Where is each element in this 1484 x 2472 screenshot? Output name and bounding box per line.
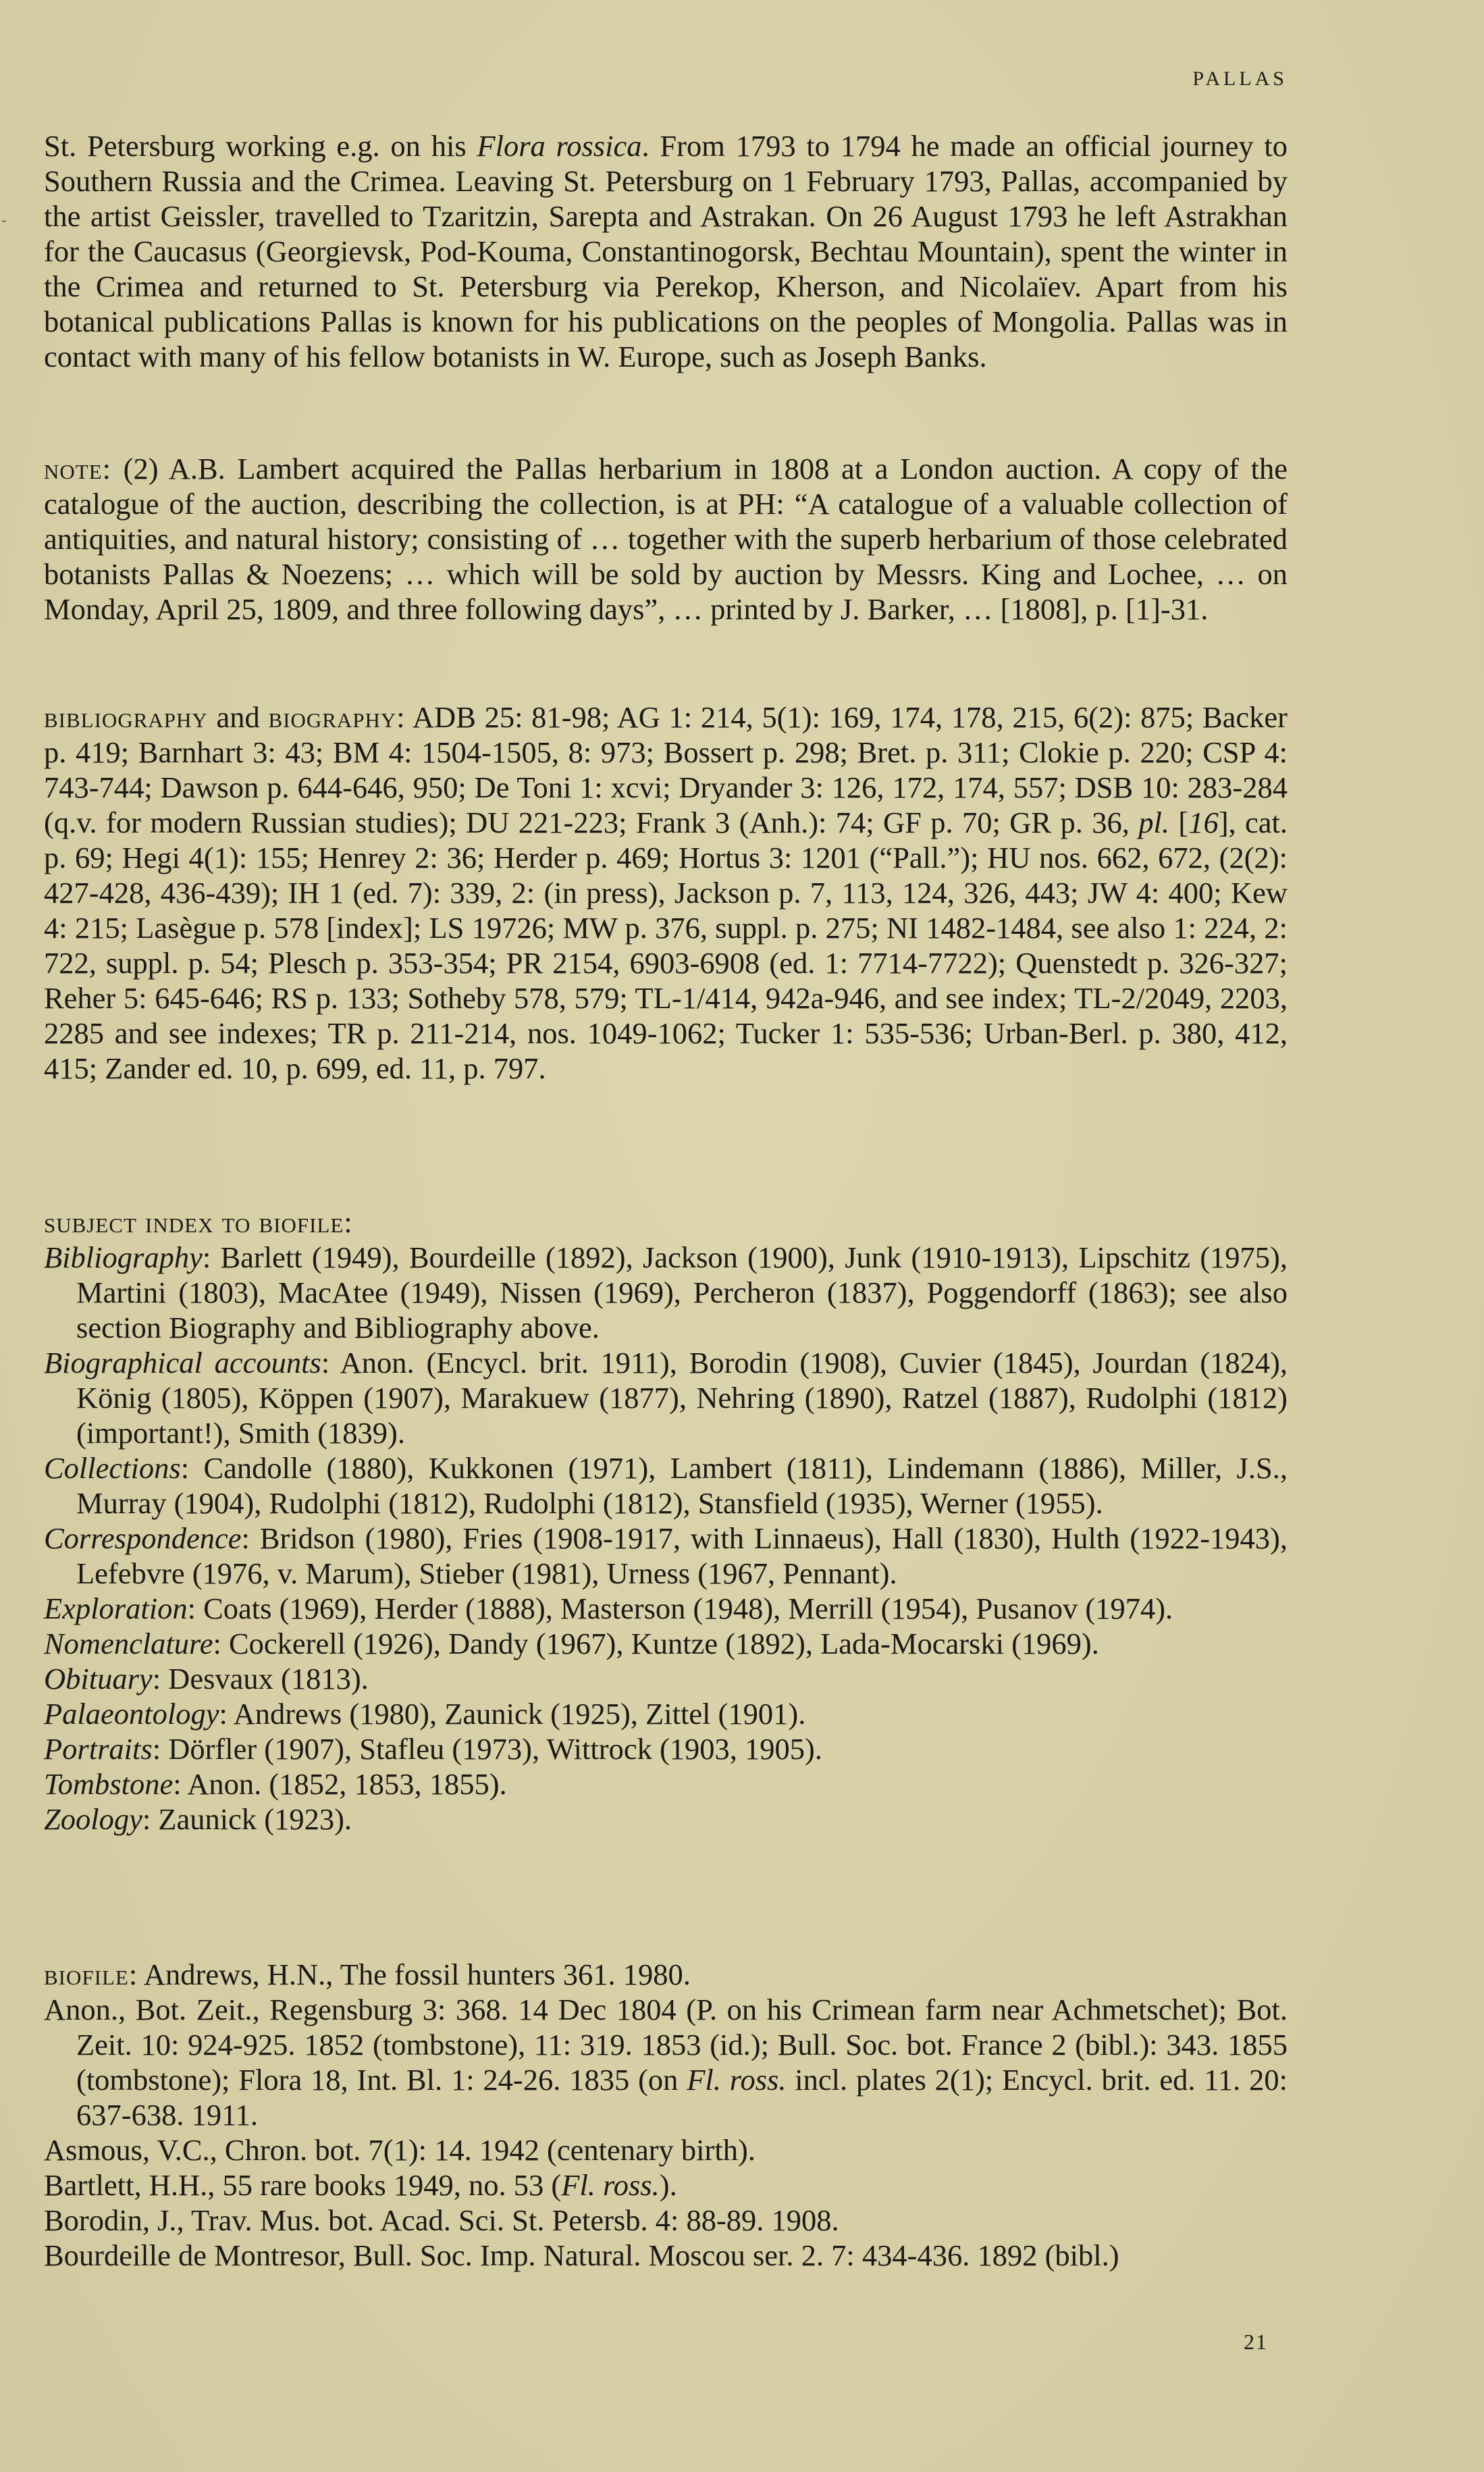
biofile-entry: Asmous, V.C., Chron. bot. 7(1): 14. 1942… bbox=[44, 2132, 1288, 2167]
subject-entry-obituary: Obituary: Desvaux (1813). bbox=[44, 1661, 1288, 1696]
subject-label: Tombstone bbox=[44, 1767, 173, 1801]
biofile-entry-italic: Fl. ross. bbox=[687, 2063, 786, 2097]
biofile-entry: Borodin, J., Trav. Mus. bot. Acad. Sci. … bbox=[44, 2203, 1288, 2238]
note-text: (2) A.B. Lambert acquired the Pallas her… bbox=[44, 452, 1288, 626]
subject-text: : Andrews (1980), Zaunick (1925), Zittel… bbox=[219, 1697, 806, 1731]
biofile-entry: Bartlett, H.H., 55 rare books 1949, no. … bbox=[44, 2167, 1288, 2203]
bibliography-paragraph: BIBLIOGRAPHY and BIOGRAPHY: ADB 25: 81-9… bbox=[44, 700, 1288, 1086]
subject-label: Nomenclature bbox=[44, 1627, 213, 1660]
biofile-first-text: Andrews, H.N., The fossil hunters 361. 1… bbox=[138, 1957, 691, 1991]
biofile-entry-text: Asmous, V.C., Chron. bot. 7(1): 14. 1942… bbox=[44, 2133, 756, 2167]
subject-text: : Anon. (1852, 1853, 1855). bbox=[173, 1767, 506, 1801]
subject-label: Zoology bbox=[44, 1802, 142, 1836]
biography-label: BIOGRAPHY: bbox=[268, 700, 405, 734]
margin-mark: - bbox=[1, 211, 6, 229]
intro-title-italic: Flora rossica bbox=[477, 129, 641, 163]
running-head: PALLAS bbox=[1192, 68, 1288, 90]
biofile-entry-italic: Fl. ross. bbox=[561, 2168, 659, 2202]
subject-text: : Zaunick (1923). bbox=[142, 1802, 352, 1836]
subject-label: Portraits bbox=[44, 1732, 153, 1766]
subject-label: Obituary bbox=[44, 1662, 153, 1695]
subject-index: SUBJECT INDEX TO BIOFILE: Bibliography: … bbox=[44, 1205, 1288, 1837]
biofile-entry: Anon., Bot. Zeit., Regensburg 3: 368. 14… bbox=[44, 1992, 1288, 2132]
subject-entry-nomenclature: Nomenclature: Cockerell (1926), Dandy (1… bbox=[44, 1626, 1288, 1661]
subject-text: : Barlett (1949), Bourdeille (1892), Jac… bbox=[76, 1240, 1288, 1344]
subject-text: : Bridson (1980), Fries (1908-1917, with… bbox=[76, 1521, 1288, 1590]
bibliography-and: and bbox=[208, 700, 269, 734]
biofile-entry-text-b: ). bbox=[660, 2168, 677, 2202]
bibliography-italic-pl: pl. bbox=[1138, 806, 1169, 839]
subject-label: Biographical accounts bbox=[44, 1346, 321, 1379]
biofile-first-entry: BIOFILE: Andrews, H.N., The fossil hunte… bbox=[44, 1957, 1288, 1992]
subject-entry-palaeontology: Palaeontology: Andrews (1980), Zaunick (… bbox=[44, 1696, 1288, 1731]
intro-paragraph: St. Petersburg working e.g. on his Flora… bbox=[44, 128, 1288, 374]
bibliography-label: BIBLIOGRAPHY bbox=[44, 700, 208, 734]
subject-entry-exploration: Exploration: Coats (1969), Herder (1888)… bbox=[44, 1591, 1288, 1626]
subject-entry-zoology: Zoology: Zaunick (1923). bbox=[44, 1802, 1288, 1837]
biofile-entry-text: Bartlett, H.H., 55 rare books 1949, no. … bbox=[44, 2168, 561, 2202]
page-number: 21 bbox=[1244, 2330, 1268, 2355]
note-label: NOTE: bbox=[44, 452, 111, 485]
intro-text-1: St. Petersburg working e.g. on his bbox=[44, 129, 477, 163]
subject-text: : Cockerell (1926), Dandy (1967), Kuntze… bbox=[213, 1627, 1098, 1660]
subject-text: : Dörfler (1907), Stafleu (1973), Wittro… bbox=[153, 1732, 822, 1766]
subject-label: Bibliography bbox=[44, 1240, 203, 1274]
subject-index-heading-text: SUBJECT INDEX TO BIOFILE: bbox=[44, 1205, 353, 1239]
biofile-entry-text: Borodin, J., Trav. Mus. bot. Acad. Sci. … bbox=[44, 2203, 839, 2237]
subject-text: : Coats (1969), Herder (1888), Masterson… bbox=[188, 1592, 1173, 1625]
bibliography-text-b: ], cat. p. 69; Hegi 4(1): 155; Henrey 2:… bbox=[44, 806, 1288, 1085]
biofile-entry: Bourdeille de Montresor, Bull. Soc. Imp.… bbox=[44, 2238, 1288, 2273]
bibliography-italic-plate: 16 bbox=[1188, 806, 1219, 839]
biofile-entry-text: Bourdeille de Montresor, Bull. Soc. Imp.… bbox=[44, 2238, 1119, 2272]
subject-text: : Candolle (1880), Kukkonen (1971), Lamb… bbox=[76, 1451, 1288, 1520]
subject-label: Palaeontology bbox=[44, 1697, 219, 1731]
subject-entry-tombstone: Tombstone: Anon. (1852, 1853, 1855). bbox=[44, 1766, 1288, 1802]
subject-label: Collections bbox=[44, 1451, 181, 1485]
biofile: BIOFILE: Andrews, H.N., The fossil hunte… bbox=[44, 1957, 1288, 2273]
subject-label: Correspondence bbox=[44, 1521, 242, 1555]
biofile-label: BIOFILE: bbox=[44, 1957, 138, 1991]
intro-text-2: . From 1793 to 1794 he made an official … bbox=[44, 129, 1288, 373]
subject-entry-collections: Collections: Candolle (1880), Kukkonen (… bbox=[44, 1450, 1288, 1521]
subject-entry-correspondence: Correspondence: Bridson (1980), Fries (1… bbox=[44, 1521, 1288, 1591]
subject-entry-biographical-accounts: Biographical accounts: Anon. (Encycl. br… bbox=[44, 1345, 1288, 1450]
subject-entry-bibliography: Bibliography: Barlett (1949), Bourdeille… bbox=[44, 1240, 1288, 1345]
subject-entry-portraits: Portraits: Dörfler (1907), Stafleu (1973… bbox=[44, 1731, 1288, 1766]
bibliography-bracket: [ bbox=[1169, 806, 1188, 839]
subject-label: Exploration bbox=[44, 1592, 188, 1625]
note-paragraph: NOTE: (2) A.B. Lambert acquired the Pall… bbox=[44, 451, 1288, 627]
subject-index-heading: SUBJECT INDEX TO BIOFILE: bbox=[44, 1205, 1288, 1240]
subject-text: : Desvaux (1813). bbox=[153, 1662, 369, 1695]
